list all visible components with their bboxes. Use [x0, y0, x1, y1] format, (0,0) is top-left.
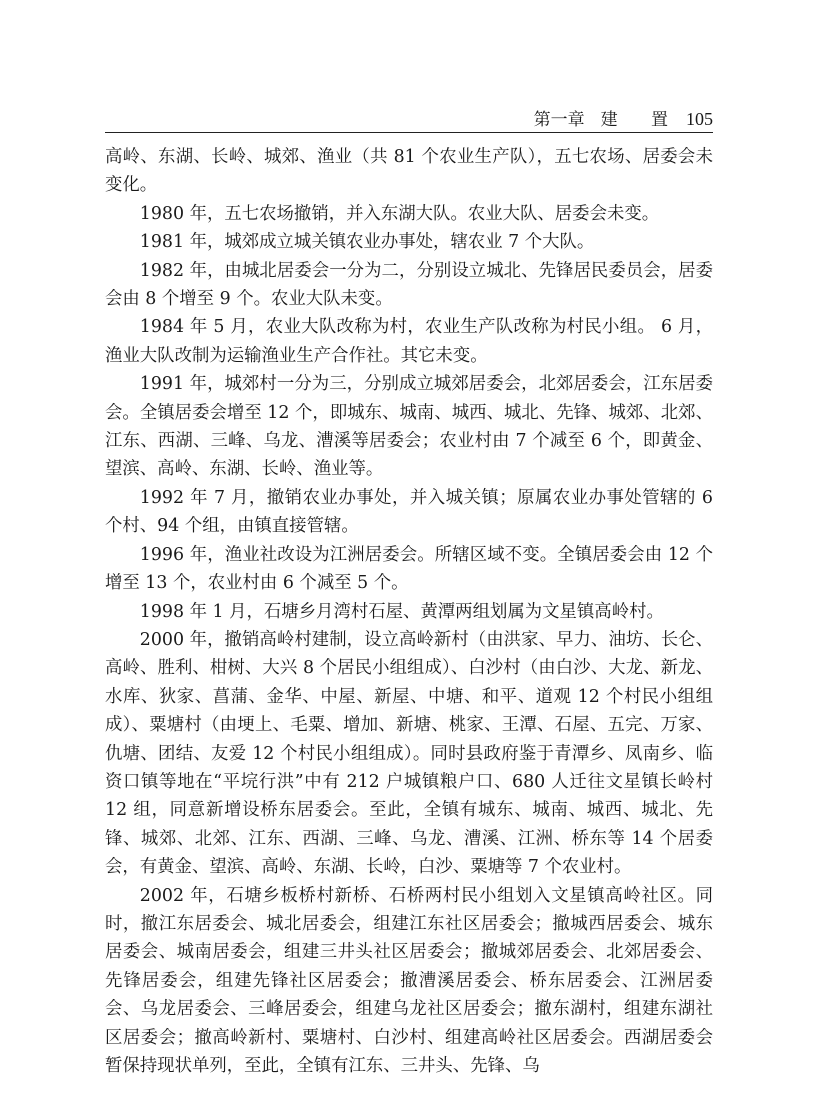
- running-header: 第一章建 置105: [105, 108, 713, 133]
- paragraph: 1996 年，渔业社改设为江洲居委会。所辖区域不变。全镇居委会由 12 个增至 …: [105, 541, 713, 598]
- paragraph: 1992 年 7 月，撤销农业办事处，并入城关镇；原属农业办事处管辖的 6 个村…: [105, 484, 713, 541]
- paragraph: 1991 年，城郊村一分为三，分别成立城郊居委会，北郊居委会，江东居委会。全镇居…: [105, 370, 713, 484]
- paragraph: 2000 年，撤销高岭村建制，设立高岭新村（由洪家、早力、油坊、长仑、高岭、胜利…: [105, 626, 713, 882]
- paragraph: 2002 年，石塘乡板桥村新桥、石桥两村民小组划入文星镇高岭社区。同时，撤江东居…: [105, 882, 713, 1081]
- paragraph: 1984 年 5 月，农业大队改称为村，农业生产队改称为村民小组。 6 月，渔业…: [105, 313, 713, 370]
- body-text: 高岭、东湖、长岭、城郊、渔业（共 81 个农业生产队），五七农场、居委会未变化。…: [105, 143, 713, 1080]
- paragraph: 1980 年，五七农场撤销，并入东湖大队。农业大队、居委会未变。: [105, 200, 713, 228]
- paragraph: 1998 年 1 月，石塘乡月湾村石屋、黄潭两组划属为文星镇高岭村。: [105, 598, 713, 626]
- page-number: 105: [686, 109, 713, 129]
- section-title: 建 置: [601, 110, 682, 130]
- paragraph: 1982 年，由城北居委会一分为二，分别设立城北、先锋居民委员会，居委会由 8 …: [105, 257, 713, 314]
- paragraph: 高岭、东湖、长岭、城郊、渔业（共 81 个农业生产队），五七农场、居委会未变化。: [105, 143, 713, 200]
- chapter-label: 第一章: [534, 110, 585, 130]
- paragraph: 1981 年，城郊成立城关镇农业办事处，辖农业 7 个大队。: [105, 228, 713, 256]
